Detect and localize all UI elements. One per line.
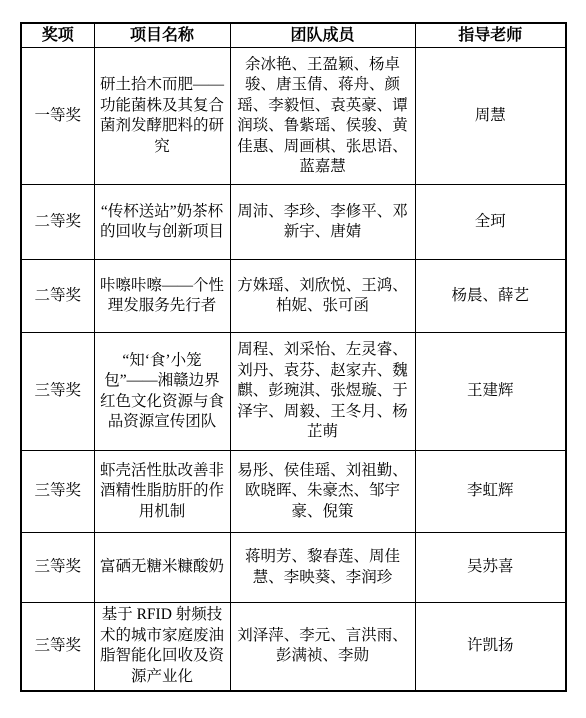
table-row: 三等奖 富硒无糖米糠酸奶 蒋明芳、黎春莲、周佳慧、李映葵、李润珍 吴苏喜 [21,533,566,603]
members-cell: 周程、刘采怡、左灵睿、刘丹、袁芬、赵家卉、魏麒、彭琬淇、张煜璇、于泽宇、周毅、王… [230,333,415,451]
award-cell: 三等奖 [21,451,94,533]
project-cell: 虾壳活性肽改善非酒精性脂肪肝的作用机制 [94,451,230,533]
table-row: 二等奖 “传杯送站”奶茶杯的回收与创新项目 周沛、李珍、李修平、邓新宇、唐婧 全… [21,185,566,260]
awards-table: 奖项 项目名称 团队成员 指导老师 一等奖 研土拾木而肥——功能菌株及其复合菌剂… [20,22,567,692]
table-row: 三等奖 “知‘食’小笼包”——湘赣边界红色文化资源与食品资源宣传团队 周程、刘采… [21,333,566,451]
col-header-project: 项目名称 [94,23,230,48]
header-row: 奖项 项目名称 团队成员 指导老师 [21,23,566,48]
members-cell: 易彤、侯佳瑶、刘祖勤、欧晓晖、朱豪杰、邹宇豪、倪策 [230,451,415,533]
members-cell: 余冰艳、王盈颖、杨卓骏、唐玉倩、蒋舟、颜瑶、李毅恒、袁英豪、谭润琰、鲁紫瑶、侯骏… [230,48,415,185]
award-cell: 二等奖 [21,260,94,333]
advisor-cell: 吴苏喜 [415,533,566,603]
advisor-cell: 周慧 [415,48,566,185]
members-cell: 周沛、李珍、李修平、邓新宇、唐婧 [230,185,415,260]
awards-document-page: 奖项 项目名称 团队成员 指导老师 一等奖 研土拾木而肥——功能菌株及其复合菌剂… [0,0,586,718]
col-header-advisor: 指导老师 [415,23,566,48]
project-cell: 富硒无糖米糠酸奶 [94,533,230,603]
advisor-cell: 杨晨、薛艺 [415,260,566,333]
table-row: 三等奖 基于 RFID 射频技术的城市家庭废油脂智能化回收及资源产业化 刘泽萍、… [21,603,566,691]
members-cell: 刘泽萍、李元、言洪雨、彭满祯、李勋 [230,603,415,691]
award-cell: 三等奖 [21,533,94,603]
award-cell: 三等奖 [21,333,94,451]
table-row: 二等奖 咔嚓咔嚓——个性理发服务先行者 方姝瑶、刘欣悦、王鸿、柏妮、张可函 杨晨… [21,260,566,333]
award-cell: 二等奖 [21,185,94,260]
col-header-members: 团队成员 [230,23,415,48]
advisor-cell: 全珂 [415,185,566,260]
project-cell: 基于 RFID 射频技术的城市家庭废油脂智能化回收及资源产业化 [94,603,230,691]
award-cell: 一等奖 [21,48,94,185]
advisor-cell: 许凯扬 [415,603,566,691]
project-cell: 咔嚓咔嚓——个性理发服务先行者 [94,260,230,333]
table-row: 三等奖 虾壳活性肽改善非酒精性脂肪肝的作用机制 易彤、侯佳瑶、刘祖勤、欧晓晖、朱… [21,451,566,533]
col-header-award: 奖项 [21,23,94,48]
project-cell: “知‘食’小笼包”——湘赣边界红色文化资源与食品资源宣传团队 [94,333,230,451]
members-cell: 方姝瑶、刘欣悦、王鸿、柏妮、张可函 [230,260,415,333]
project-cell: 研土拾木而肥——功能菌株及其复合菌剂发酵肥料的研究 [94,48,230,185]
award-cell: 三等奖 [21,603,94,691]
advisor-cell: 王建辉 [415,333,566,451]
table-row: 一等奖 研土拾木而肥——功能菌株及其复合菌剂发酵肥料的研究 余冰艳、王盈颖、杨卓… [21,48,566,185]
members-cell: 蒋明芳、黎春莲、周佳慧、李映葵、李润珍 [230,533,415,603]
advisor-cell: 李虹辉 [415,451,566,533]
project-cell: “传杯送站”奶茶杯的回收与创新项目 [94,185,230,260]
